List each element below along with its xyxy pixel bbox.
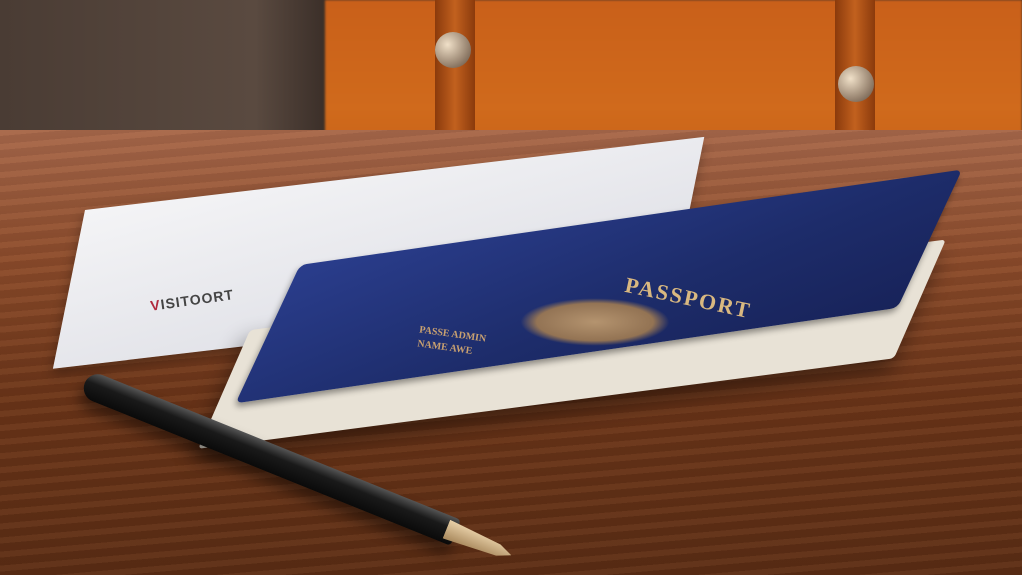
chair-stud (435, 32, 471, 68)
passport-emblem-icon (520, 298, 670, 346)
photo-scene: VISITOORT PASSPORT PASSE ADMIN NAME AWE (0, 0, 1022, 575)
chair-stud (838, 66, 874, 102)
